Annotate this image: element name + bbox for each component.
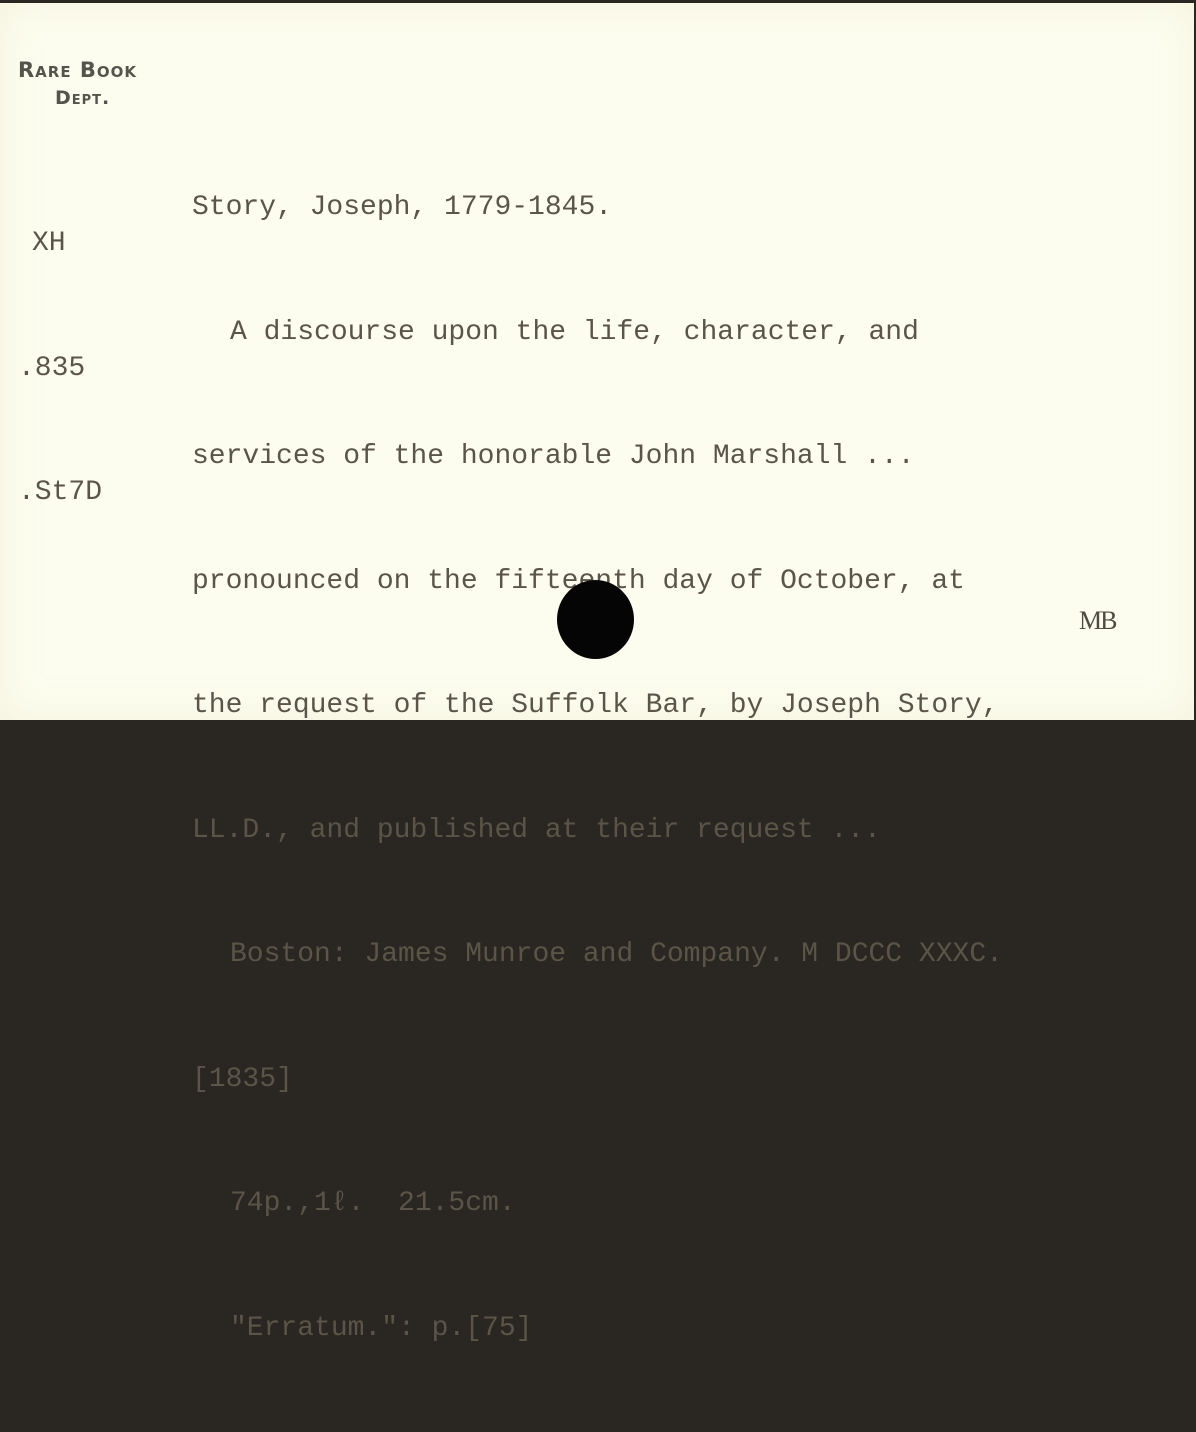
stamp-line-1: Rare Book [18,57,137,83]
call-number-line: .835 [18,348,102,390]
call-number: XH .835 .St7D [18,140,102,597]
stamp-line-2: Dept. [18,85,137,111]
punch-hole-icon [557,580,634,659]
call-number-line: XH [18,223,102,265]
title-line: the request of the Suffolk Bar, by Josep… [192,685,1003,724]
catalog-card: Rare Book Dept. XH .835 .St7D Story, Jos… [0,3,1194,720]
title-line: services of the honorable John Marshall … [192,436,1003,478]
department-stamp: Rare Book Dept. [18,57,137,111]
call-number-line: .St7D [18,472,102,514]
location-code: MB [1079,606,1115,636]
title-line: A discourse upon the life, character, an… [192,312,1003,354]
author-heading: Story, Joseph, 1779-1845. [192,187,1003,229]
